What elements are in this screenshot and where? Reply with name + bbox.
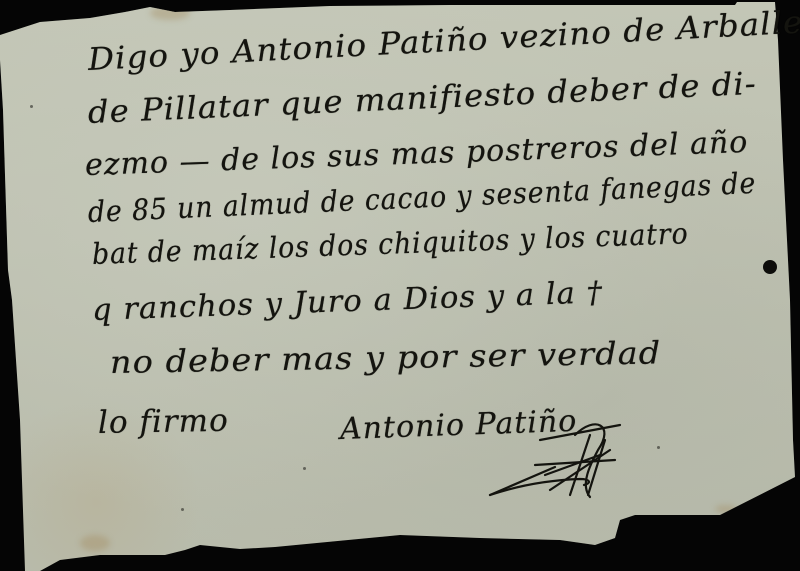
ink-blot xyxy=(763,260,777,274)
paper-stain xyxy=(80,535,110,551)
paper-speck xyxy=(30,105,33,108)
signature-rubric-icon xyxy=(480,395,640,505)
paper-speck xyxy=(657,446,660,449)
paper-speck xyxy=(181,508,184,511)
manuscript-line-8: lo firmo xyxy=(98,403,229,441)
paper-speck xyxy=(303,467,306,470)
